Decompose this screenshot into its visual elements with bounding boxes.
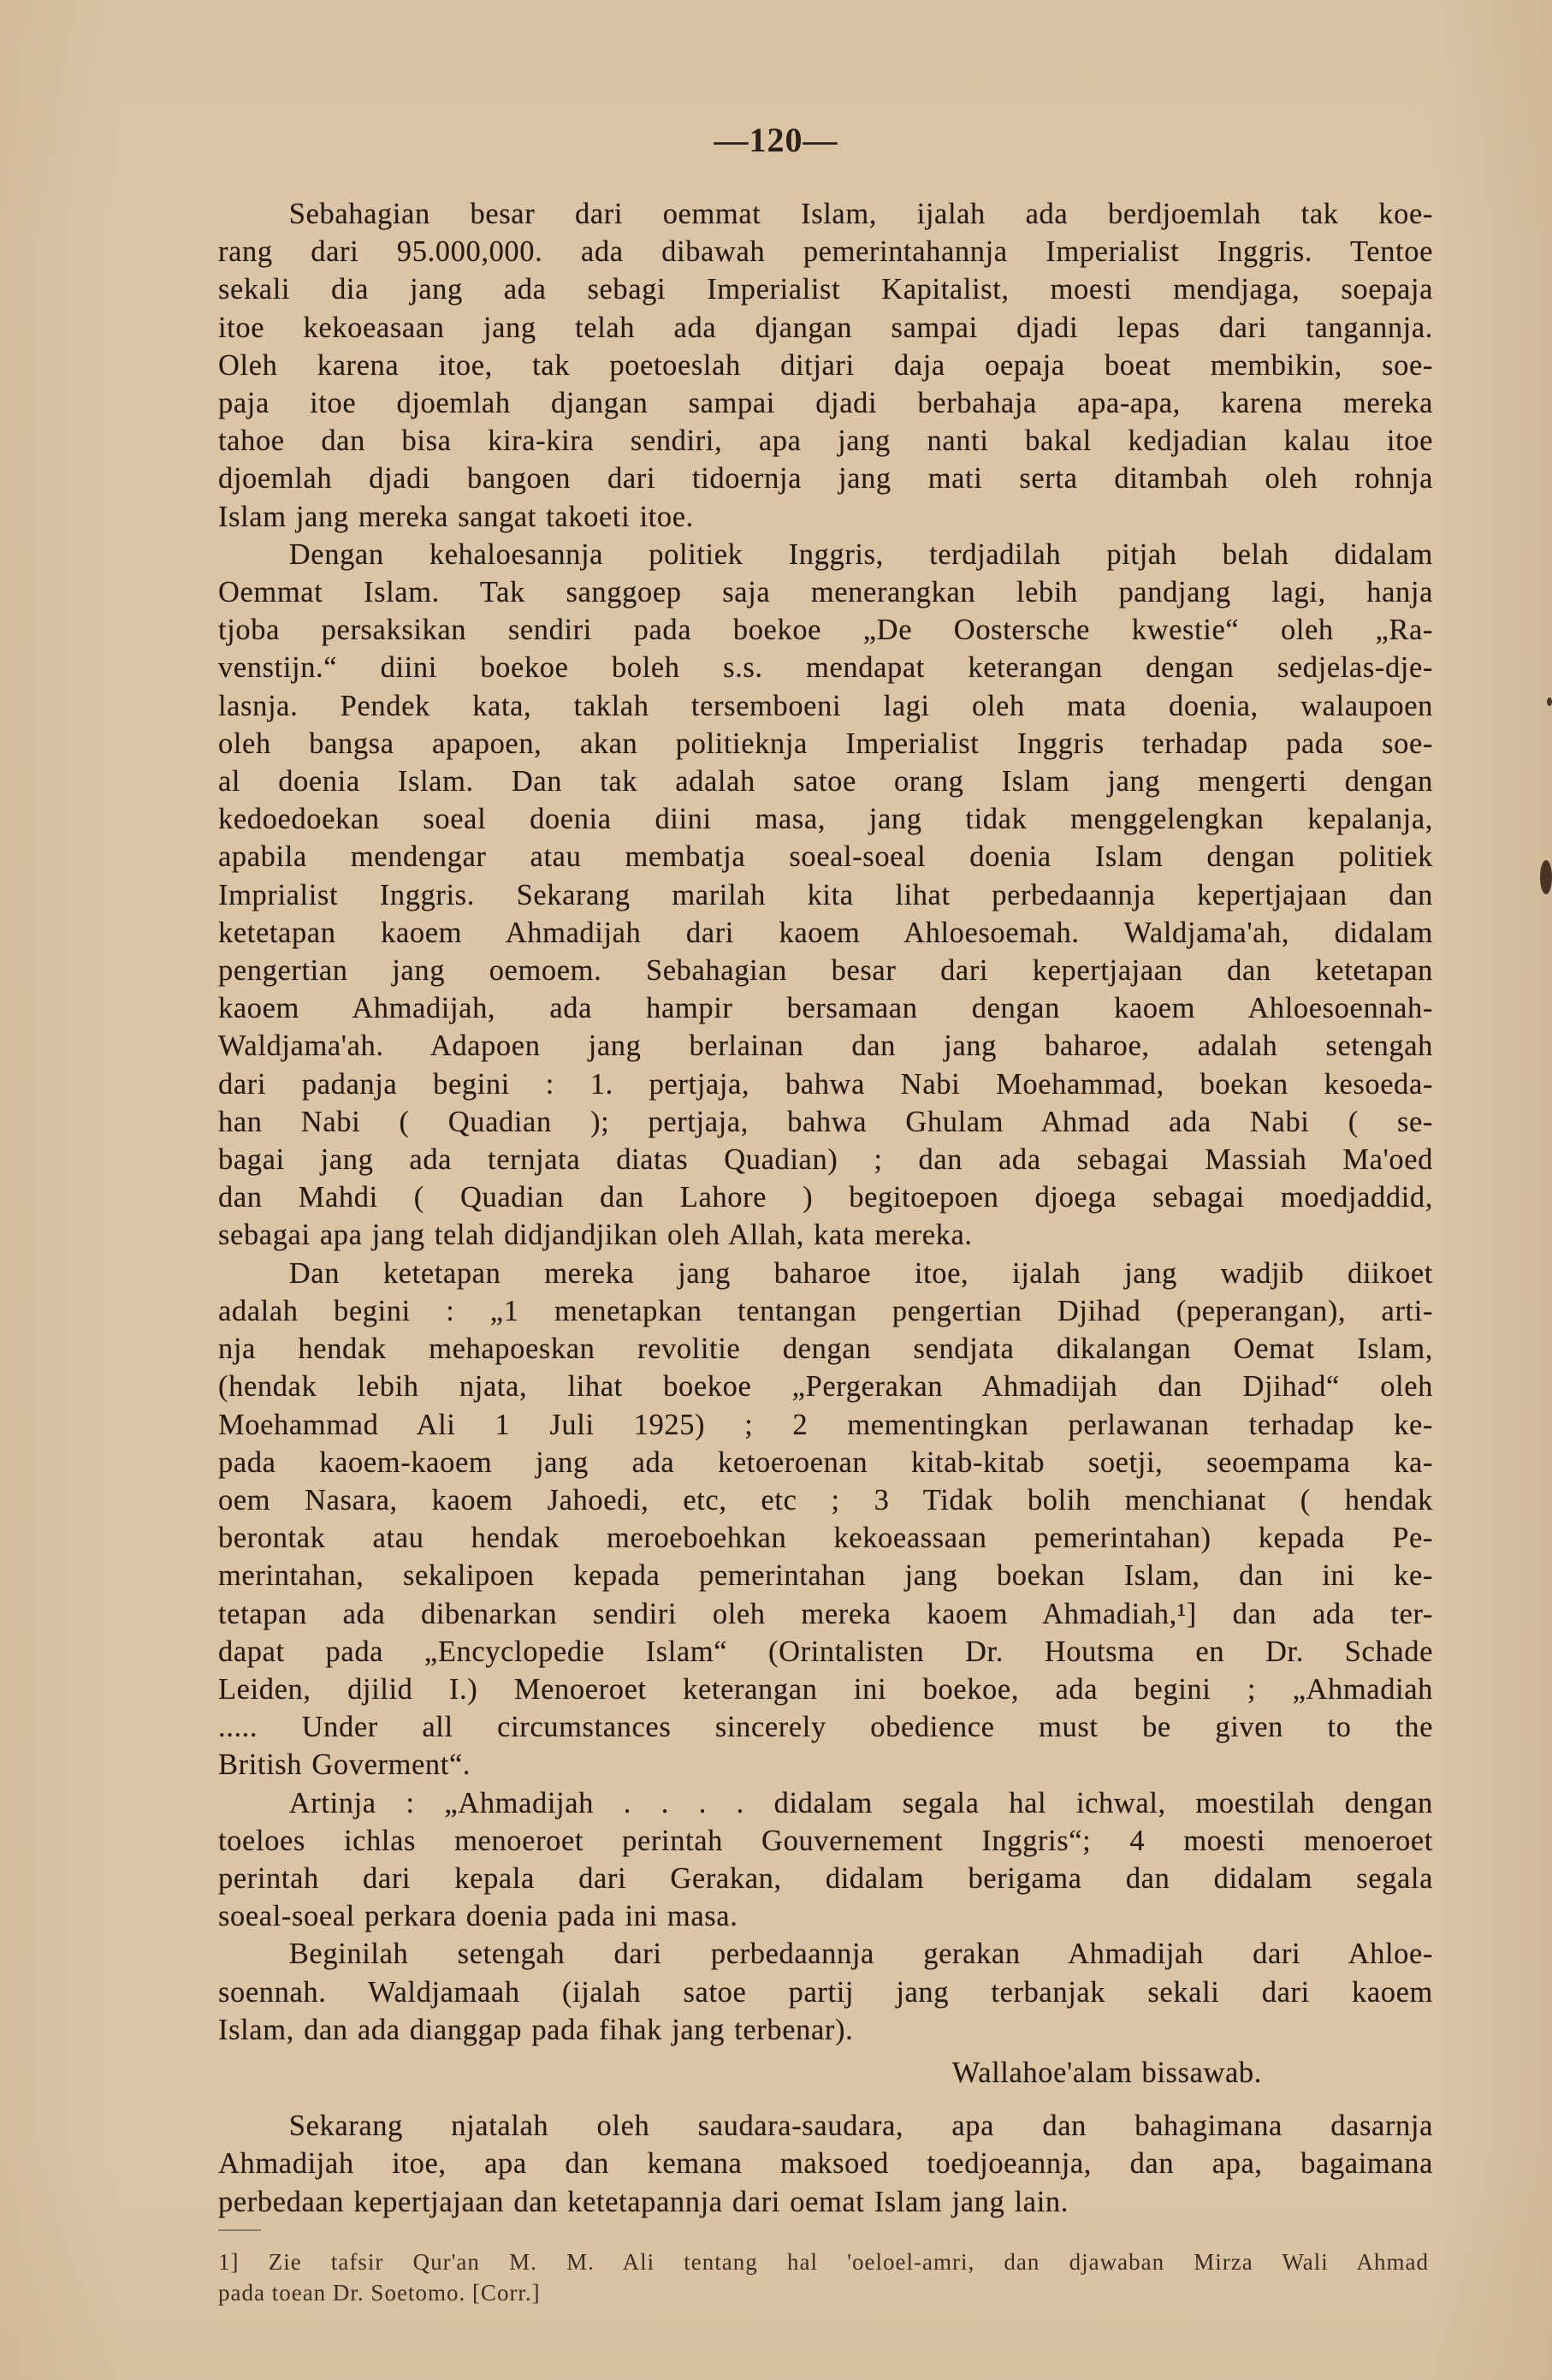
closing-paragraph: Sekarang njatalah oleh saudara-saudara, … <box>218 2107 1433 2221</box>
text-line: Waldjama'ah. Adapoen jang berlainan dan … <box>218 1027 1433 1065</box>
text-line: Moehammad Ali 1 Juli 1925) ; 2 mementing… <box>218 1406 1433 1444</box>
text-line: British Goverment“. <box>218 1746 1433 1784</box>
text-line: ketetapan kaoem Ahmadijah dari kaoem Ahl… <box>218 914 1433 952</box>
footnote: 1] Zie tafsir Qur'an M. M. Ali tentang h… <box>218 2246 1429 2308</box>
text-line: bagai jang ada ternjata diatas Quadian) … <box>218 1141 1433 1178</box>
text-line: Beginilah setengah dari perbedaannja ger… <box>218 1935 1433 1973</box>
text-line: pengertian jang oemoem. Sebahagian besar… <box>218 952 1433 989</box>
footnote-line: 1] Zie tafsir Qur'an M. M. Ali tentang h… <box>218 2246 1429 2277</box>
text-line: ..... Under all circumstances sincerely … <box>218 1708 1433 1746</box>
text-line: Dan ketetapan mereka jang baharoe itoe, … <box>218 1255 1433 1292</box>
text-line: venstijn.“ diini boekoe boleh s.s. menda… <box>218 649 1433 686</box>
text-line: Dengan kehaloesannja politiek Inggris, t… <box>218 536 1433 573</box>
text-line: Islam, dan ada dianggap pada fihak jang … <box>218 2011 1433 2049</box>
text-line: han Nabi ( Quadian ); pertjaja, bahwa Gh… <box>218 1103 1433 1141</box>
text-line: lasnja. Pendek kata, taklah tersemboeni … <box>218 687 1433 725</box>
text-line: adalah begini : „1 menetapkan tentangan … <box>218 1292 1433 1330</box>
text-line: oem Nasara, kaoem Jahoedi, etc, etc ; 3 … <box>218 1481 1433 1519</box>
text-line: Oleh karena itoe, tak poetoeslah ditjari… <box>218 347 1433 384</box>
body-text: Sebahagian besar dari oemmat Islam, ijal… <box>218 195 1433 2221</box>
scanned-page: —120— Sebahagian besar dari oemmat Islam… <box>0 0 1552 2380</box>
text-line: Islam jang mereka sangat takoeti itoe. <box>218 498 1433 536</box>
text-line: itoe kekoeasaan jang telah ada djangan s… <box>218 309 1433 347</box>
text-line: dapat pada „Encyclopedie Islam“ (Orintal… <box>218 1633 1433 1671</box>
ink-blemish <box>1547 697 1552 706</box>
paragraph-1: Sebahagian besar dari oemmat Islam, ijal… <box>218 195 1433 536</box>
text-line: al doenia Islam. Dan tak adalah satoe or… <box>218 763 1433 800</box>
text-line: perintah dari kepala dari Gerakan, didal… <box>218 1860 1433 1897</box>
text-line: Oemmat Islam. Tak sanggoep saja menerang… <box>218 573 1433 611</box>
footnote-divider <box>218 2229 261 2231</box>
text-line: dan Mahdi ( Quadian dan Lahore ) begitoe… <box>218 1178 1433 1216</box>
text-line: merintahan, sekalipoen kepada pemerintah… <box>218 1557 1433 1594</box>
text-line: Sekarang njatalah oleh saudara-saudara, … <box>218 2107 1433 2145</box>
paragraph-4: Artinja : „Ahmadijah . . . . didalam seg… <box>218 1784 1433 1936</box>
text-line: paja itoe djoemlah djangan sampai djadi … <box>218 384 1433 422</box>
footnote-line: pada toean Dr. Soetomo. [Corr.] <box>218 2277 1429 2308</box>
text-line: tjoba persaksikan sendiri pada boekoe „D… <box>218 611 1433 649</box>
text-line: tahoe dan bisa kira-kira sendiri, apa ja… <box>218 422 1433 460</box>
text-line: soeal-soeal perkara doenia pada ini masa… <box>218 1897 1433 1935</box>
ink-blemish <box>1540 860 1552 894</box>
text-line: rang dari 95.000,000. ada dibawah pemeri… <box>218 233 1433 270</box>
text-line: Ahmadijah itoe, apa dan kemana maksoed t… <box>218 2145 1433 2182</box>
text-line: berontak atau hendak meroeboehkan kekoea… <box>218 1519 1433 1557</box>
text-line: Imprialist Inggris. Sekarang marilah kit… <box>218 876 1433 914</box>
text-line: pada kaoem-kaoem jang ada ketoeroenan ki… <box>218 1444 1433 1481</box>
text-line: oleh bangsa apapoen, akan politieknja Im… <box>218 725 1433 763</box>
text-line: Leiden, djilid I.) Menoeroet keterangan … <box>218 1671 1433 1708</box>
text-line: dari padanja begini : 1. pertjaja, bahwa… <box>218 1065 1433 1103</box>
text-line: soennah. Waldjamaah (ijalah satoe partij… <box>218 1973 1433 2011</box>
page-number: —120— <box>0 120 1552 160</box>
text-line: Artinja : „Ahmadijah . . . . didalam seg… <box>218 1784 1433 1822</box>
text-line: toeloes ichlas menoeroet perintah Gouver… <box>218 1822 1433 1860</box>
text-line: (hendak lebih njata, lihat boekoe „Perge… <box>218 1368 1433 1405</box>
paragraph-2: Dengan kehaloesannja politiek Inggris, t… <box>218 536 1433 1255</box>
text-line: kedoedoekan soeal doenia diini masa, jan… <box>218 800 1433 838</box>
text-line: nja hendak mehapoeskan revolitie dengan … <box>218 1330 1433 1368</box>
text-line: apabila mendengar atau membatja soeal-so… <box>218 838 1433 875</box>
paragraph-3: Dan ketetapan mereka jang baharoe itoe, … <box>218 1255 1433 1784</box>
closing-signature: Wallahoe'alam bissawab. <box>218 2054 1433 2092</box>
text-line: tetapan ada dibenarkan sendiri oleh mere… <box>218 1595 1433 1633</box>
text-line: djoemlah djadi bangoen dari tidoernja ja… <box>218 460 1433 497</box>
text-line: Sebahagian besar dari oemmat Islam, ijal… <box>218 195 1433 233</box>
text-line: sekali dia jang ada sebagi Imperialist K… <box>218 270 1433 308</box>
text-line: kaoem Ahmadijah, ada hampir bersamaan de… <box>218 989 1433 1027</box>
text-line: sebagai apa jang telah didjandjikan oleh… <box>218 1216 1433 1254</box>
text-line: perbedaan kepertjajaan dan ketetapannja … <box>218 2183 1433 2221</box>
paragraph-5: Beginilah setengah dari perbedaannja ger… <box>218 1935 1433 2049</box>
